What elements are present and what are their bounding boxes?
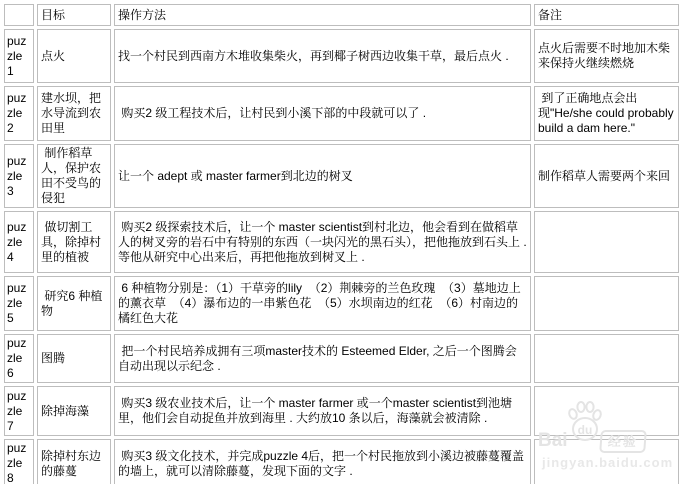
method-cell: 购买2 级探索技术后，让一个 master scientist到村北边，他会看到… bbox=[114, 211, 531, 273]
table-row: puzzle 4 做切割工具，除掉村里的植被 购买2 级探索技术后，让一个 ma… bbox=[4, 211, 679, 273]
table-row: puzzle 3 制作稻草人，保护农田不受鸟的侵犯 让一个 adept 或 ma… bbox=[4, 144, 679, 208]
goal-cell: 图腾 bbox=[37, 334, 111, 383]
method-cell: 购买3 级文化技术，并完成puzzle 4后，把一个村民拖放到小溪边被藤蔓覆盖的… bbox=[114, 439, 531, 484]
puzzle-id-cell: puzzle 5 bbox=[4, 276, 34, 331]
table-row: puzzle 1 点火 找一个村民到西南方木堆收集柴火，再到椰子树西边收集干草，… bbox=[4, 29, 679, 83]
note-cell: 点火后需要不时地加木柴来保持火继续燃烧 bbox=[534, 29, 679, 83]
method-cell: 让一个 adept 或 master farmer到北边的树叉 bbox=[114, 144, 531, 208]
table-row: puzzle 2 建水坝，把水导流到农田里 购买2 级工程技术后，让村民到小溪下… bbox=[4, 86, 679, 141]
method-cell: 把一个村民培养成拥有三项master技术的 Esteemed Elder, 之后… bbox=[114, 334, 531, 383]
table-row: puzzle 8 除掉村东边的藤蔓 购买3 级文化技术，并完成puzzle 4后… bbox=[4, 439, 679, 484]
puzzle-id-cell: puzzle 7 bbox=[4, 386, 34, 436]
note-cell bbox=[534, 211, 679, 273]
goal-cell: 建水坝，把水导流到农田里 bbox=[37, 86, 111, 141]
goal-cell: 除掉村东边的藤蔓 bbox=[37, 439, 111, 484]
puzzle-id-cell: puzzle 3 bbox=[4, 144, 34, 208]
method-cell: 购买2 级工程技术后，让村民到小溪下部的中段就可以了 . bbox=[114, 86, 531, 141]
table-row: puzzle 5 研究6 种植物 6 种植物分别是：（1）干草旁的lily （2… bbox=[4, 276, 679, 331]
goal-cell: 制作稻草人，保护农田不受鸟的侵犯 bbox=[37, 144, 111, 208]
puzzle-id-cell: puzzle 4 bbox=[4, 211, 34, 273]
method-cell: 购买3 级农业技术后，让一个 master farmer 或一个master s… bbox=[114, 386, 531, 436]
puzzle-id-cell: puzzle 6 bbox=[4, 334, 34, 383]
column-header-note: 备注 bbox=[534, 4, 679, 26]
method-cell: 6 种植物分别是：（1）干草旁的lily （2）荆棘旁的兰色玫瑰 （3）墓地边上… bbox=[114, 276, 531, 331]
column-header-method: 操作方法 bbox=[114, 4, 531, 26]
puzzle-id-cell: puzzle 2 bbox=[4, 86, 34, 141]
note-cell bbox=[534, 276, 679, 331]
goal-cell: 研究6 种植物 bbox=[37, 276, 111, 331]
goal-cell: 点火 bbox=[37, 29, 111, 83]
column-header-goal: 目标 bbox=[37, 4, 111, 26]
puzzle-guide-table: 目标 操作方法 备注 puzzle 1 点火 找一个村民到西南方木堆收集柴火，再… bbox=[1, 1, 682, 484]
table-row: puzzle 6 图腾 把一个村民培养成拥有三项master技术的 Esteem… bbox=[4, 334, 679, 383]
note-cell: 制作稻草人需要两个来回 bbox=[534, 144, 679, 208]
puzzle-id-cell: puzzle 1 bbox=[4, 29, 34, 83]
puzzle-id-cell: puzzle 8 bbox=[4, 439, 34, 484]
column-header-empty bbox=[4, 4, 34, 26]
table-row: puzzle 7 除掉海藻 购买3 级农业技术后，让一个 master farm… bbox=[4, 386, 679, 436]
method-cell: 找一个村民到西南方木堆收集柴火，再到椰子树西边收集干草，最后点火 . bbox=[114, 29, 531, 83]
goal-cell: 除掉海藻 bbox=[37, 386, 111, 436]
note-cell: 到了正确地点会出现"He/she could probably build a … bbox=[534, 86, 679, 141]
goal-cell: 做切割工具，除掉村里的植被 bbox=[37, 211, 111, 273]
note-cell bbox=[534, 334, 679, 383]
note-cell bbox=[534, 439, 679, 484]
note-cell bbox=[534, 386, 679, 436]
header-row: 目标 操作方法 备注 bbox=[4, 4, 679, 26]
